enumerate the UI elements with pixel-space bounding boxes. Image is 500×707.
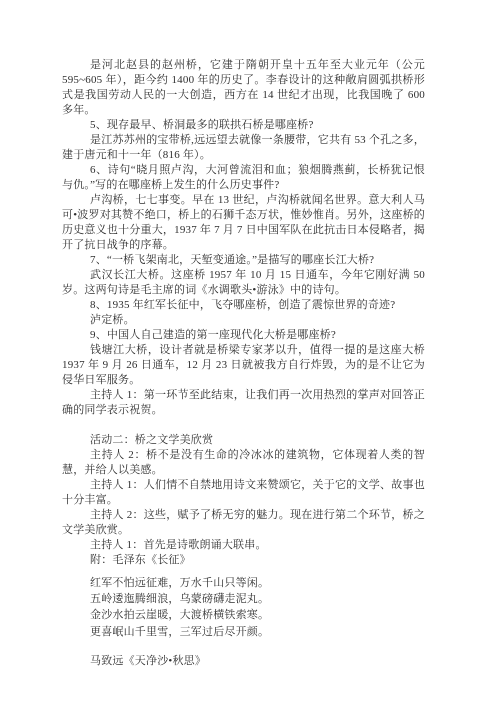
poem-changzheng: 红军不怕远征难，万水千山只等闲。 五岭逶迤腾细浪，乌蒙磅礴走泥丸。 金沙水拍云崖… <box>62 575 425 640</box>
question-8: 8、1935 年红军长征中，飞夺哪座桥，创造了震惊世界的奇迹? <box>62 298 425 313</box>
host2-intro: 主持人 2：桥不是没有生命的冷冰冰的建筑物，它体现着人类的智慧，并给人以美感。 <box>62 448 425 478</box>
section-heading-activity2: 活动二：桥之文学美欣赏 <box>62 433 425 448</box>
answer-baodai-bridge: 是江苏苏州的宝带桥,远远望去就像一条腰带，它共有 53 个孔之多，建于唐元和十一… <box>62 133 425 163</box>
poem-line: 红军不怕远征难，万水千山只等闲。 <box>62 575 425 591</box>
answer-lugou-bridge: 卢沟桥，七七事变。早在 13 世纪，卢沟桥就闻名世界。意大利人马可•波罗对其赞不… <box>62 193 425 253</box>
host2-remark: 主持人 2：这些，赋予了桥无穷的魅力。现在进行第二个环节，桥之文学美欣赏。 <box>62 508 425 538</box>
answer-luding-bridge: 泸定桥。 <box>62 313 425 328</box>
poem-line: 金沙水拍云崖暖，大渡桥横铁索寒。 <box>62 607 425 623</box>
question-7: 7、“一桥飞架南北，天堑变通途。”是描写的哪座长江大桥? <box>62 253 425 268</box>
answer-wuhan-bridge: 武汉长江大桥。这座桥 1957 年 10 月 15 日通车，今年它刚好满 50 … <box>62 268 425 298</box>
answer-zhaozhou-bridge: 是河北赵县的赵州桥，它建于隋朝开皇十五年至大业元年（公元 595~605 年），… <box>62 58 425 118</box>
answer-qiantang-bridge: 钱塘江大桥，设计者就是桥梁专家茅以升，值得一提的是这座大桥 1937 年 9 月… <box>62 343 425 388</box>
host1-remark: 主持人 1：人们情不自禁地用诗文来赞颂它，关于它的文学、故事也十分丰富。 <box>62 478 425 508</box>
poem-line: 五岭逶迤腾细浪，乌蒙磅礴走泥丸。 <box>62 591 425 607</box>
host1-section1-closing: 主持人 1：第一环节至此结束，让我们再一次用热烈的掌声对回答正确的同学表示祝贺。 <box>62 388 425 418</box>
document-page: 是河北赵县的赵州桥，它建于隋朝开皇十五年至大业元年（公元 595~605 年），… <box>0 0 500 707</box>
poem-title-changzheng: 附：毛泽东《长征》 <box>62 553 425 568</box>
document-content: 是河北赵县的赵州桥，它建于隋朝开皇十五年至大业元年（公元 595~605 年），… <box>62 58 425 669</box>
question-9: 9、中国人自己建造的第一座现代化大桥是哪座桥? <box>62 328 425 343</box>
question-5: 5、现存最早、桥洞最多的联拱石桥是哪座桥? <box>62 118 425 133</box>
question-6: 6、诗句“晓月照卢沟，大河曾流泪和血；狼烟腾燕蓟，长桥犹记恨与仇。”写的在哪座桥… <box>62 163 425 193</box>
poem-title-tianjingsha: 马致远《天净沙•秋思》 <box>62 654 425 669</box>
host1-poetry-intro: 主持人 1：首先是诗歌朗诵大联串。 <box>62 538 425 553</box>
poem-line: 更喜岷山千里雪，三军过后尽开颜。 <box>62 624 425 640</box>
